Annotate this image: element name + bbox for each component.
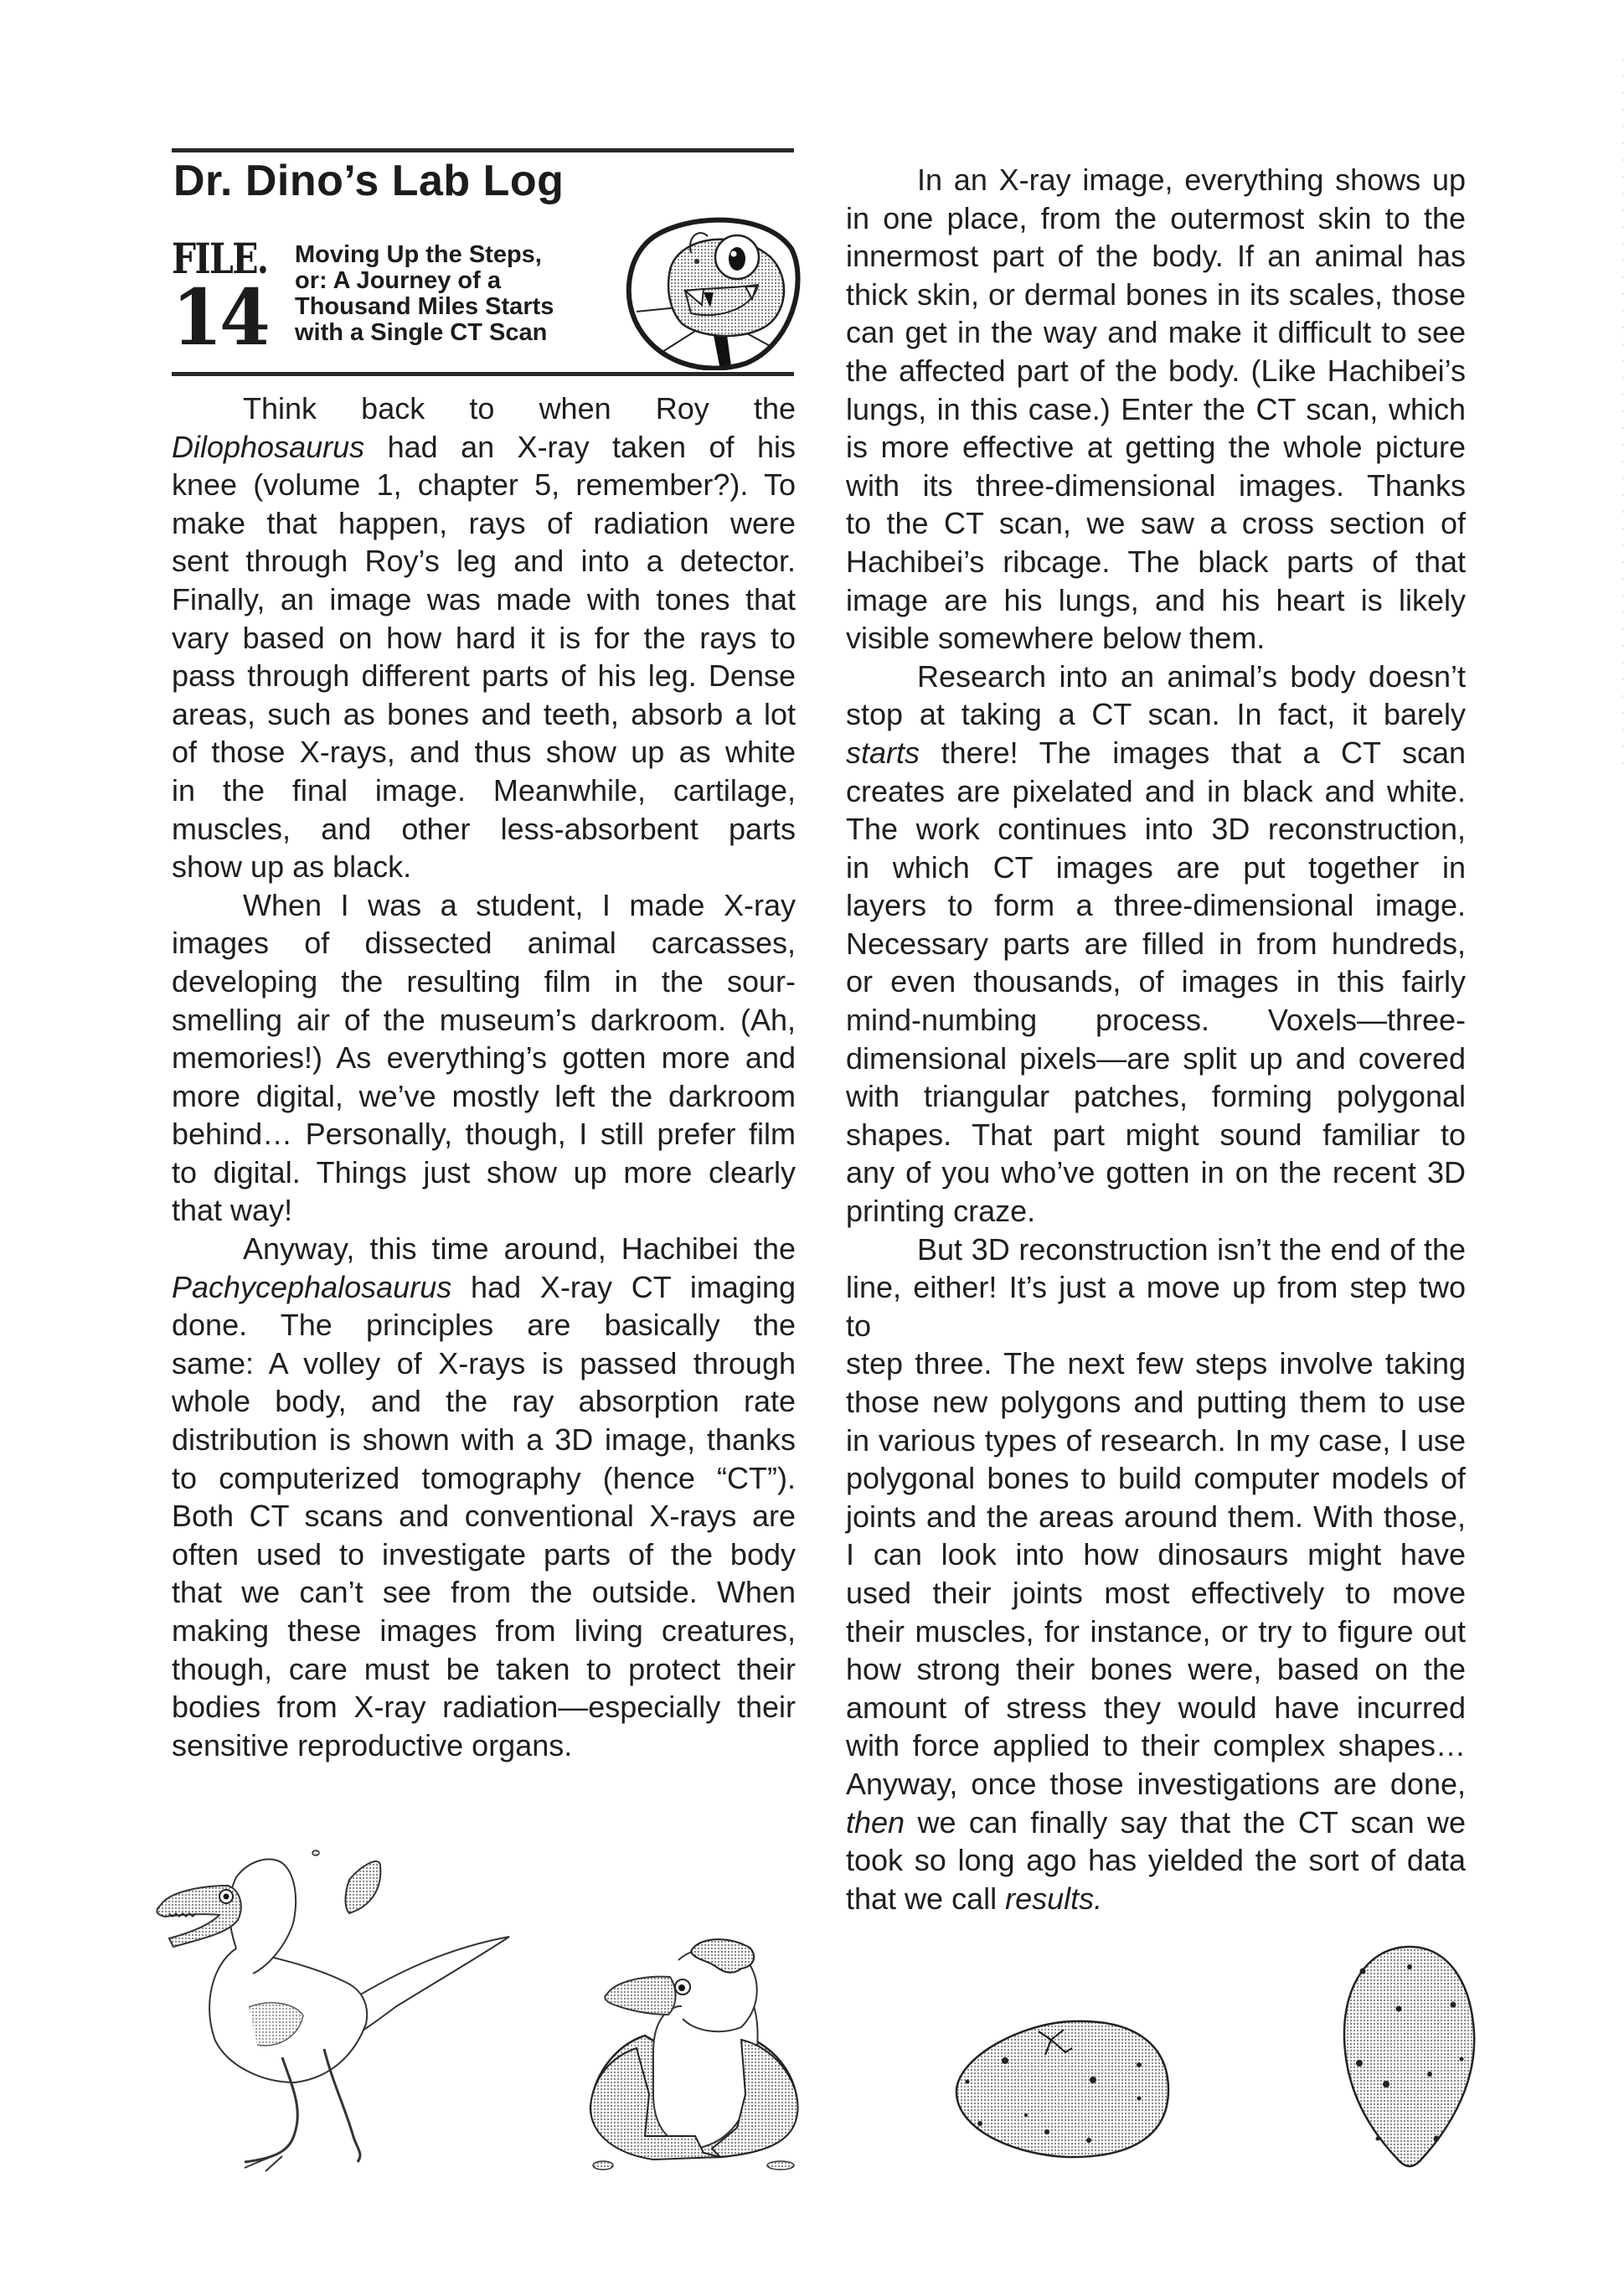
text-line: sent through Roy’s leg and into a detect… xyxy=(172,542,796,581)
subtitle-line: Thousand Miles Starts xyxy=(295,294,613,320)
text-line: distribution is shown with a 3D image, t… xyxy=(172,1421,796,1459)
text-line: in which CT images are put together in xyxy=(846,849,1466,887)
text-line: In an X-ray image, everything shows up xyxy=(846,161,1466,199)
text-line: pass through different parts of his leg.… xyxy=(172,657,796,695)
text-line: of those X-rays, and thus show up as whi… xyxy=(172,733,796,772)
text-line: knee (volume 1, chapter 5, remember?). T… xyxy=(172,466,796,504)
text-line: areas, such as bones and teeth, absorb a… xyxy=(172,695,796,734)
cracked-egg-illustration xyxy=(946,2015,1189,2161)
text-line: to digital. Things just show up more cle… xyxy=(172,1153,796,1192)
text-line: Research into an animal’s body doesn’t xyxy=(846,658,1466,696)
paragraph: Think back to when Roy theDilophosaurus … xyxy=(172,390,796,886)
text-line: developing the resulting film in the sou… xyxy=(172,962,796,1001)
text-line: Both CT scans and conventional X-rays ar… xyxy=(172,1497,796,1535)
text-line: layers to form a three-dimensional image… xyxy=(846,886,1466,925)
text-line: line, either! It’s just a move up from s… xyxy=(846,1268,1466,1344)
text-line: smelling air of the museum’s darkroom. (… xyxy=(172,1001,796,1040)
manga-text-page: Dr. Dino’s Lab Log FILE. 14 Moving Up th… xyxy=(0,0,1624,2281)
dr-dino-mascot-icon xyxy=(620,211,802,370)
text-line: polygonal bones to build computer models… xyxy=(846,1459,1466,1498)
text-line: make that happen, rays of radiation were xyxy=(172,504,796,543)
text-line: Hachibei’s ribcage. The black parts of t… xyxy=(846,543,1466,581)
text-line: in one place, from the outermost skin to… xyxy=(846,199,1466,238)
text-line: memories!) As everything’s gotten more a… xyxy=(172,1039,796,1077)
text-line: in various types of research. In my case… xyxy=(846,1422,1466,1460)
text-line: with force applied to their complex shap… xyxy=(846,1726,1466,1765)
text-line: though, care must be taken to protect th… xyxy=(172,1650,796,1689)
text-line: Think back to when Roy the xyxy=(172,390,796,428)
text-line: Anyway, this time around, Hachibei the xyxy=(172,1230,796,1268)
text-line: lungs, in this case.) Enter the CT scan,… xyxy=(846,390,1466,429)
text-line: image are his lungs, and his heart is li… xyxy=(846,581,1466,620)
hatchling-in-egg-illustration xyxy=(570,1927,812,2174)
text-line: muscles, and other less-absorbent parts xyxy=(172,810,796,849)
text-line: amount of stress they would have incurre… xyxy=(846,1689,1466,1727)
subtitle-line: with a Single CT Scan xyxy=(295,320,613,346)
paragraph: When I was a student, I made X-rayimages… xyxy=(172,886,796,1230)
text-line: whole body, and the ray absorption rate xyxy=(172,1382,796,1421)
file-number: 14 xyxy=(172,279,267,356)
text-line: Pachycephalosaurus had X-ray CT imaging xyxy=(172,1268,796,1307)
text-line: sensitive reproductive organs. xyxy=(172,1726,796,1765)
text-line: show up as black. xyxy=(172,848,796,886)
column-title: Dr. Dino’s Lab Log xyxy=(173,156,564,206)
left-text-column: Think back to when Roy theDilophosaurus … xyxy=(172,390,796,1764)
text-line: visible somewhere below them. xyxy=(846,619,1466,658)
text-line: often used to investigate parts of the b… xyxy=(172,1535,796,1574)
text-line: printing craze. xyxy=(846,1192,1466,1231)
text-line: step three. The next few steps involve t… xyxy=(846,1344,1466,1383)
text-line: to computerized tomography (hence “CT”). xyxy=(172,1459,796,1498)
text-line: joints and the areas around them. With t… xyxy=(846,1498,1466,1536)
text-line: in the final image. Meanwhile, cartilage… xyxy=(172,772,796,810)
file-subtitle: Moving Up the Steps, or: A Journey of a … xyxy=(295,242,613,346)
paragraph: But 3D reconstruction isn’t the end of t… xyxy=(846,1231,1466,1918)
text-line: bodies from X-ray radiation—especially t… xyxy=(172,1688,796,1726)
text-line: When I was a student, I made X-ray xyxy=(172,886,796,925)
text-line: dimensional pixels—are split up and cove… xyxy=(846,1040,1466,1078)
text-line: shapes. That part might sound familiar t… xyxy=(846,1116,1466,1154)
text-line: that we call results. xyxy=(846,1880,1466,1918)
paragraph: Anyway, this time around, Hachibei thePa… xyxy=(172,1230,796,1764)
text-line: Dilophosaurus had an X-ray taken of his xyxy=(172,428,796,467)
text-line: with its three-dimensional images. Thank… xyxy=(846,467,1466,505)
text-line: that we can’t see from the outside. When xyxy=(172,1573,796,1612)
text-line: or even thousands, of images in this fai… xyxy=(846,962,1466,1001)
text-line: vary based on how hard it is for the ray… xyxy=(172,619,796,658)
text-line: that way! xyxy=(172,1191,796,1230)
header-bottom-rule xyxy=(172,372,794,376)
header-top-rule xyxy=(172,148,794,152)
text-line: starts there! The images that a CT scan xyxy=(846,734,1466,772)
text-line: I can look into how dinosaurs might have xyxy=(846,1535,1466,1574)
text-line: Finally, an image was made with tones th… xyxy=(172,581,796,619)
text-line: their muscles, for instance, or try to f… xyxy=(846,1613,1466,1651)
text-line: used their joints most effectively to mo… xyxy=(846,1574,1466,1613)
text-line: any of you who’ve gotten in on the recen… xyxy=(846,1153,1466,1192)
text-line: thick skin, or dermal bones in its scale… xyxy=(846,276,1466,314)
text-line: Necessary parts are filled in from hundr… xyxy=(846,925,1466,963)
text-line: is more effective at getting the whole p… xyxy=(846,428,1466,467)
text-line: making these images from living creature… xyxy=(172,1612,796,1650)
text-line: more digital, we’ve mostly left the dark… xyxy=(172,1077,796,1116)
text-line: Anyway, once those investigations are do… xyxy=(846,1765,1466,1804)
text-line: mind-numbing process. Voxels—three- xyxy=(846,1001,1466,1040)
text-line: creates are pixelated and in black and w… xyxy=(846,772,1466,811)
text-line: those new polygons and putting them to u… xyxy=(846,1383,1466,1422)
text-line: how strong their bones were, based on th… xyxy=(846,1650,1466,1689)
text-line: images of dissected animal carcasses, xyxy=(172,924,796,962)
text-line: to the CT scan, we saw a cross section o… xyxy=(846,504,1466,543)
text-line: behind… Personally, though, I still pref… xyxy=(172,1115,796,1153)
right-text-column: In an X-ray image, everything shows upin… xyxy=(846,161,1466,1917)
text-line: done. The principles are basically the xyxy=(172,1306,796,1344)
text-line: The work continues into 3D reconstructio… xyxy=(846,810,1466,849)
raptor-hatchling-illustration xyxy=(144,1840,513,2175)
subtitle-line: Moving Up the Steps, xyxy=(295,242,613,268)
text-line: innermost part of the body. If an animal… xyxy=(846,237,1466,276)
text-line: same: A volley of X-rays is passed throu… xyxy=(172,1344,796,1383)
upright-egg-illustration xyxy=(1336,1942,1482,2168)
text-line: But 3D reconstruction isn’t the end of t… xyxy=(846,1231,1466,1269)
text-line: the affected part of the body. (Like Hac… xyxy=(846,352,1466,390)
text-line: with triangular patches, forming polygon… xyxy=(846,1077,1466,1116)
paragraph: Research into an animal’s body doesn’tst… xyxy=(846,658,1466,1231)
subtitle-line: or: A Journey of a xyxy=(295,268,613,294)
text-line: can get in the way and make it difficult… xyxy=(846,313,1466,352)
text-line: then we can finally say that the CT scan… xyxy=(846,1804,1466,1842)
text-line: stop at taking a CT scan. In fact, it ba… xyxy=(846,695,1466,734)
paragraph: In an X-ray image, everything shows upin… xyxy=(846,161,1466,658)
text-line: took so long ago has yielded the sort of… xyxy=(846,1841,1466,1880)
